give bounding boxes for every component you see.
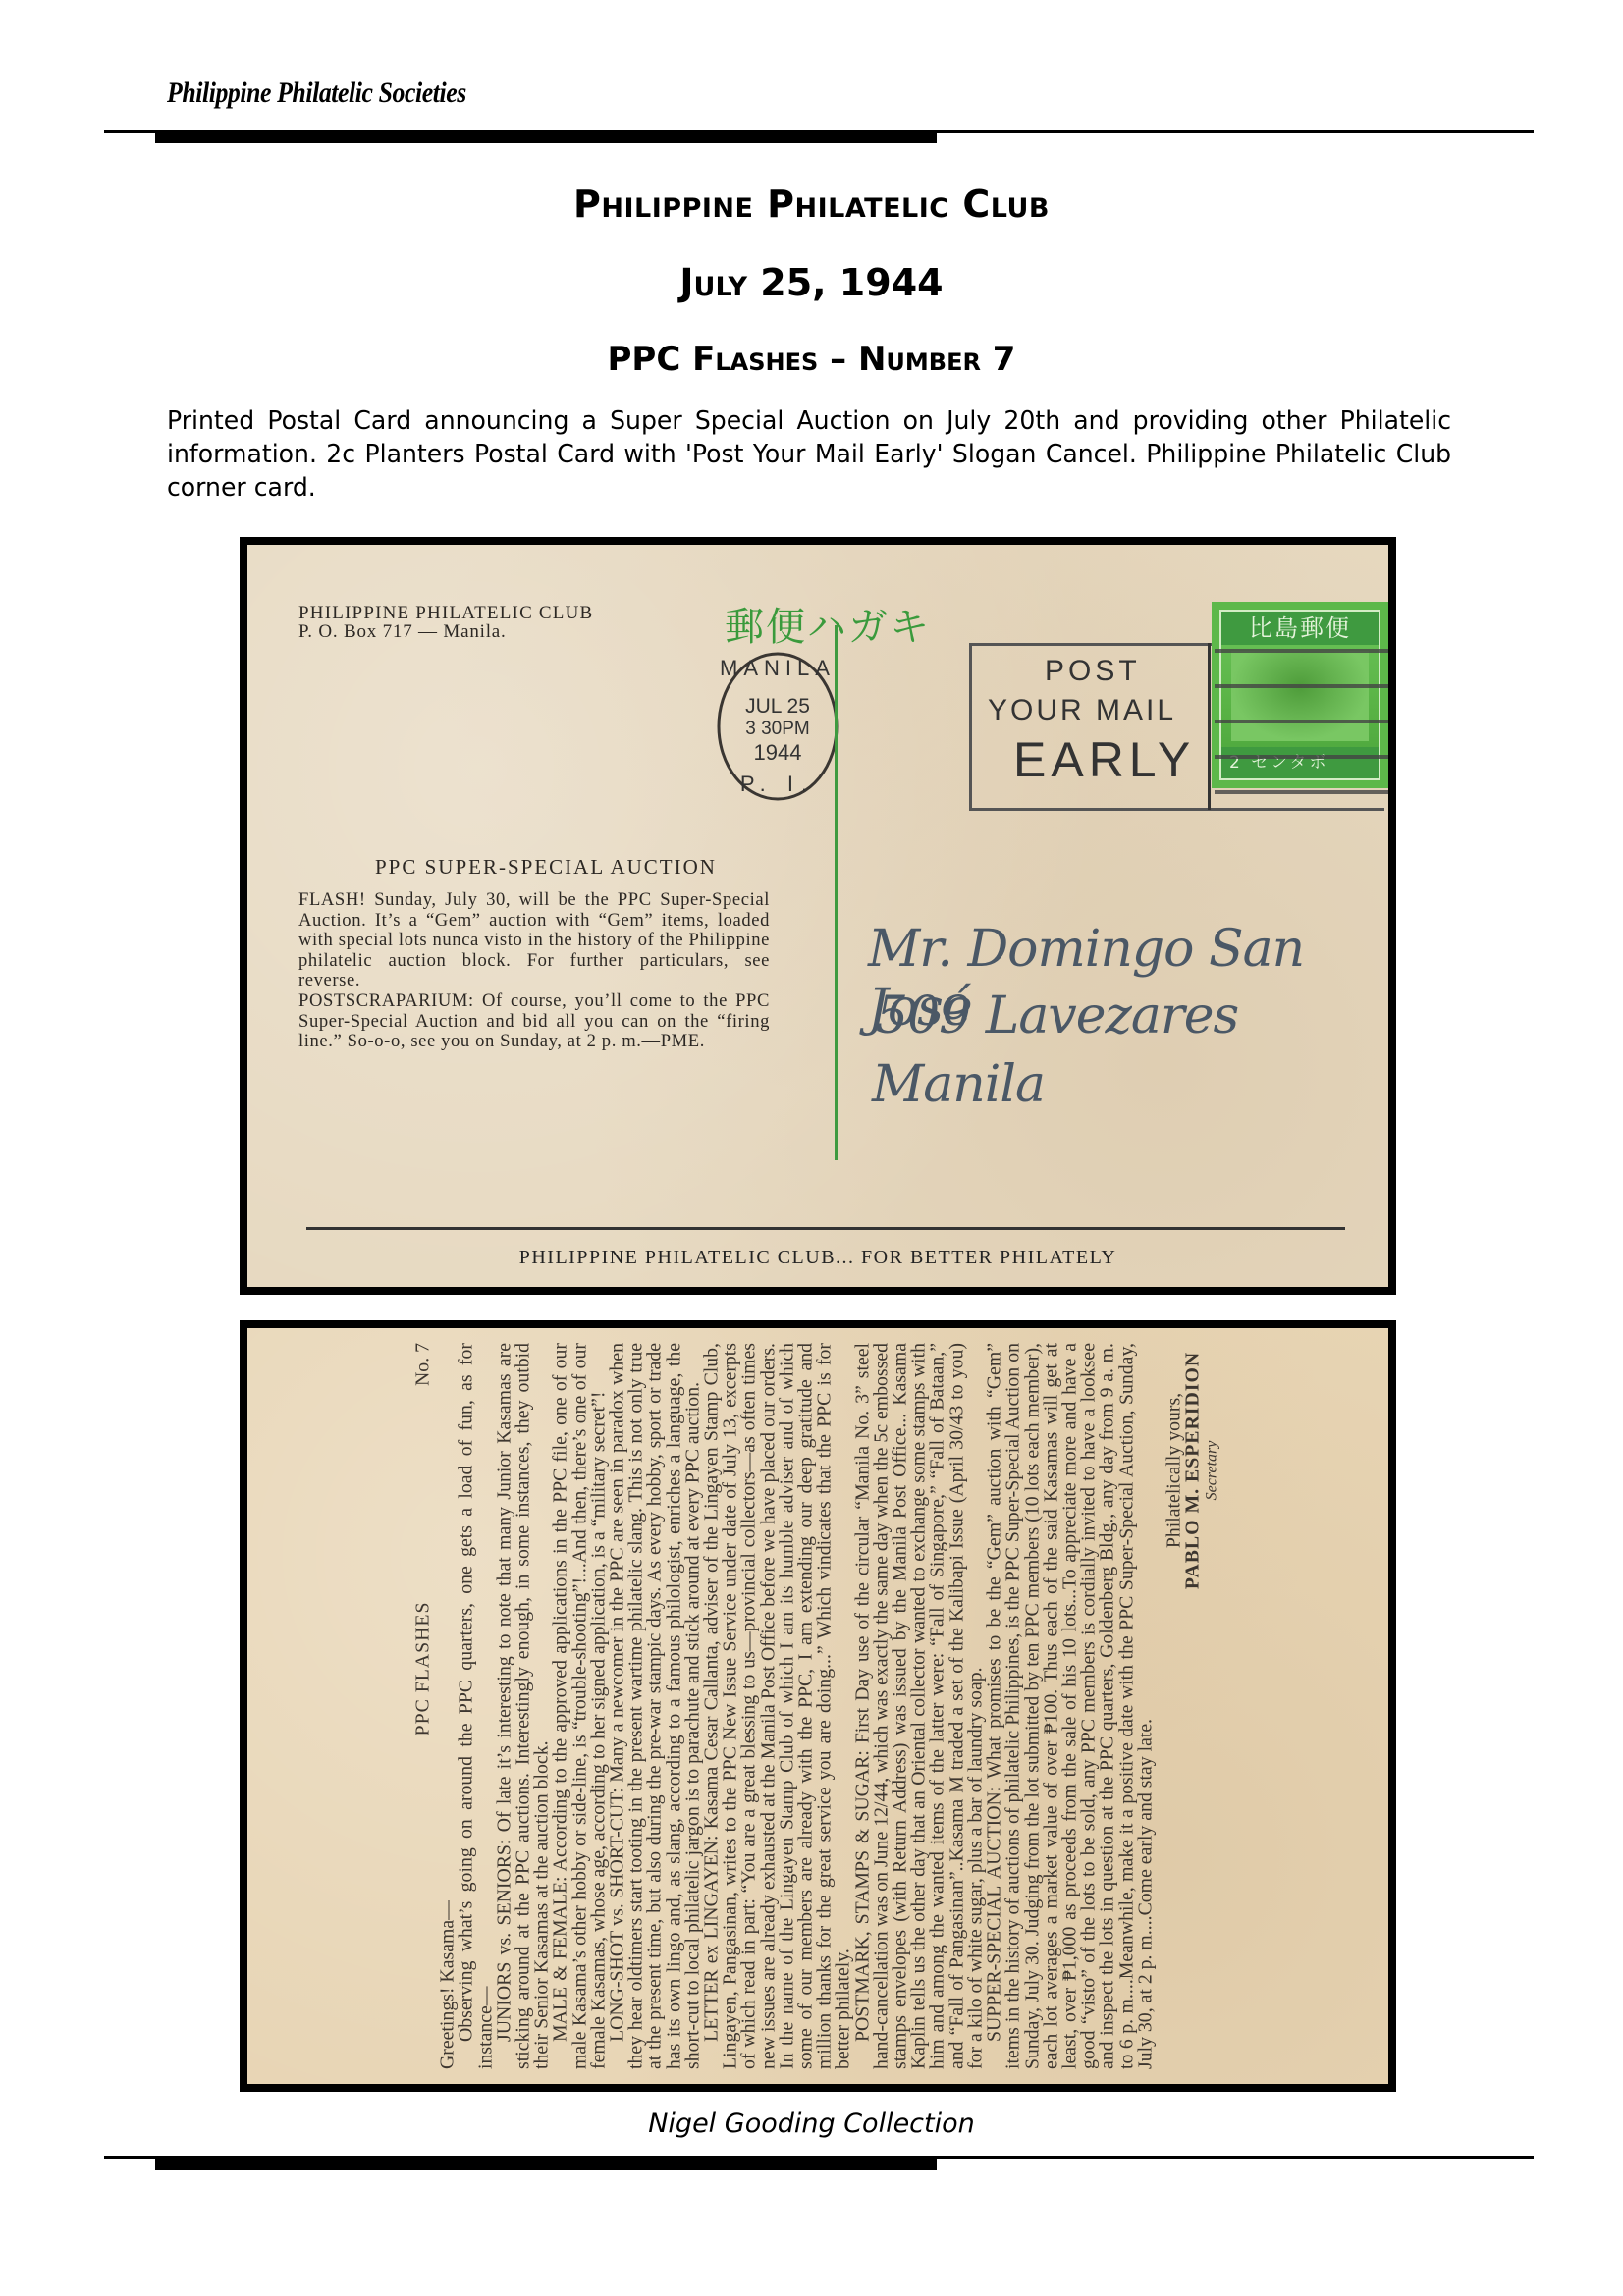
header-rule-bar <box>155 133 937 143</box>
card-bottom-rule <box>306 1227 1345 1230</box>
cancel-wave-line <box>1215 649 1388 653</box>
footer-rule-bar <box>155 2159 937 2170</box>
flashes-heading: PPC FLASHES <box>414 1602 433 1736</box>
postcard-back: PPC FLASHES No. 7 Greetings! Kasama— Obs… <box>240 1320 1396 2092</box>
corner-card: PHILIPPINE PHILATELIC CLUB P. O. Box 717… <box>298 604 593 641</box>
planters-stamp: 比島郵便 2 センタボ <box>1212 602 1388 788</box>
address-line-3: Manila <box>872 1055 1045 1114</box>
slogan-line-2: YOUR MAIL <box>988 694 1176 727</box>
page-title: Philippine Philatelic Club <box>0 183 1623 226</box>
page-date: July 25, 1944 <box>0 261 1623 304</box>
postcard-front-paper: PHILIPPINE PHILATELIC CLUB P. O. Box 717… <box>247 545 1388 1287</box>
description-text: Printed Postal Card announcing a Super S… <box>167 404 1451 505</box>
slogan-line-1: POST <box>1045 655 1141 688</box>
planter-scene-icon <box>1231 651 1369 741</box>
running-header: Philippine Philatelic Societies <box>167 77 466 110</box>
page-subtitle: PPC Flashes – Number 7 <box>0 340 1623 379</box>
auction-heading: PPC SUPER-SPECIAL AUCTION <box>375 855 717 880</box>
ppc-flashes-text: PPC FLASHES No. 7 Greetings! Kasama— Obs… <box>414 1343 1222 2069</box>
manila-postmark: MANILA JUL 25 3 30PM 1944 P. I. <box>714 648 841 805</box>
collection-credit: Nigel Gooding Collection <box>0 2109 1623 2139</box>
cancel-wave-line <box>1215 790 1388 794</box>
cancel-wave-line <box>1215 684 1388 688</box>
cancel-wave-line <box>1215 720 1388 723</box>
club-motto: PHILIPPINE PHILATELIC CLUB... FOR BETTER… <box>247 1247 1388 1269</box>
signature-block: Philatelically yours, PABLO M. ESPERIDIO… <box>1165 1343 1222 2069</box>
address-line-2: 509 Lavezares <box>876 987 1238 1045</box>
header-rule <box>104 130 1534 133</box>
cancel-wave-line <box>1215 755 1388 759</box>
postcard-front: PHILIPPINE PHILATELIC CLUB P. O. Box 717… <box>240 537 1396 1295</box>
slogan-line-3: EARLY <box>1013 731 1195 788</box>
address-divider-line <box>835 625 838 1160</box>
cancel-bar <box>1208 643 1211 810</box>
flashes-number: No. 7 <box>414 1343 433 1386</box>
auction-text: FLASH! Sunday, July 30, will be the PPC … <box>298 890 770 1052</box>
postcard-back-paper: PPC FLASHES No. 7 Greetings! Kasama— Obs… <box>247 1328 1388 2084</box>
japanese-postcard-heading: 郵便ハガキ <box>725 596 931 652</box>
